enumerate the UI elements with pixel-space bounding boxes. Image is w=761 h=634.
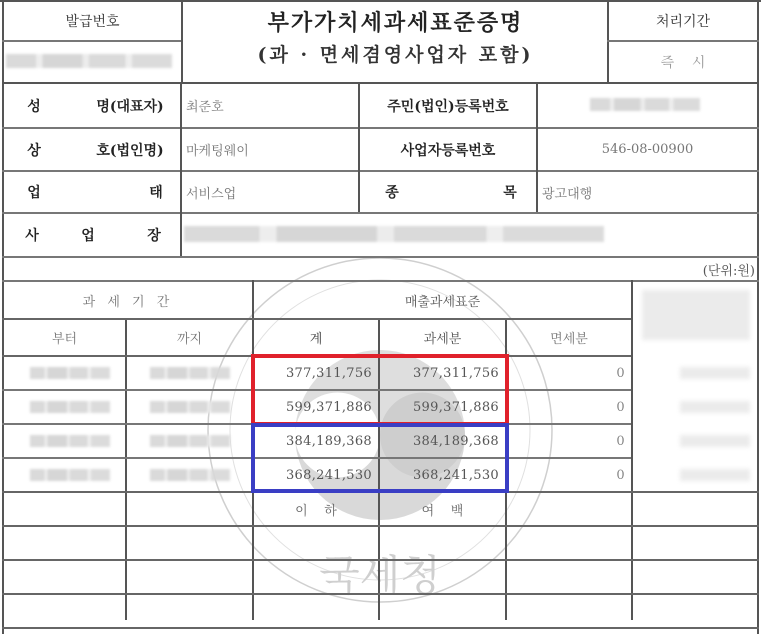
processing-period-label: 처리기간: [609, 2, 757, 40]
issue-number-label: 발급번호: [4, 2, 181, 40]
resident-no-label: 주민(법인)등록번호: [360, 84, 536, 127]
exempt-amount: 0: [507, 357, 631, 389]
name-value: 최준호: [186, 84, 356, 127]
trade-name-label-right: 호(법인명): [80, 129, 180, 170]
from-date-redacted: [30, 367, 110, 379]
divider: [2, 559, 759, 561]
biz-reg-no-value: 546-08-00900: [538, 129, 757, 170]
to-date-redacted: [150, 401, 230, 413]
address-label-2: 업: [78, 214, 98, 256]
document-subtitle: (과 · 면세겸영사업자 포함): [183, 40, 608, 67]
taxable-header: 과세분: [380, 320, 505, 355]
item-value: 광고대행: [542, 172, 742, 212]
extra-value-redacted: [680, 469, 750, 481]
divider: [2, 627, 759, 629]
extra-value-redacted: [680, 435, 750, 447]
processing-period-value: 즉 시: [609, 42, 757, 82]
item-label-left: 종: [382, 172, 402, 212]
to-date-redacted: [150, 367, 230, 379]
biz-type-label-right: 태: [146, 172, 166, 212]
from-date-redacted: [30, 401, 110, 413]
address-label-3: 장: [144, 214, 164, 256]
biz-reg-no-label: 사업자등록번호: [360, 129, 536, 170]
divider: [2, 40, 181, 42]
sales-tax-base-header: 매출과세표준: [254, 282, 631, 318]
blank-marker-right: 여 백: [380, 493, 505, 525]
to-date-redacted: [150, 469, 230, 481]
extra-value-redacted: [680, 367, 750, 379]
from-date-redacted: [30, 469, 110, 481]
biz-type-value: 서비스업: [186, 172, 356, 212]
document-title: 부가가치세과세표준증명: [183, 6, 608, 37]
divider: [180, 82, 182, 256]
tax-certificate-document: 국세청 발급번호 부가가치세과세표준증명 (과 · 면세겸영사업자 포함) 처리…: [0, 0, 761, 634]
name-label-left: 성: [24, 84, 44, 127]
address-value-redacted: [184, 226, 604, 242]
highlight-box-blue: [251, 423, 509, 493]
trade-name-value: 마케팅웨이: [186, 129, 356, 170]
unit-note: (단위:원): [600, 258, 755, 280]
trade-name-label-left: 상: [24, 129, 44, 170]
item-label-right: 목: [500, 172, 520, 212]
biz-type-label-left: 업: [24, 172, 44, 212]
to-date-redacted: [150, 435, 230, 447]
from-date-redacted: [30, 435, 110, 447]
to-header: 까지: [127, 320, 252, 355]
address-label-1: 사: [22, 214, 42, 256]
from-header: 부터: [4, 320, 125, 355]
name-label-right: 명(대표자): [80, 84, 180, 127]
divider: [631, 280, 633, 620]
issue-number-value-redacted: [6, 54, 172, 68]
period-header: 과 세 기 간: [4, 282, 252, 318]
exempt-amount: 0: [507, 425, 631, 457]
last-col-header-redacted: [642, 290, 750, 340]
exempt-amount: 0: [507, 391, 631, 423]
divider: [2, 212, 759, 214]
resident-no-value-redacted: [590, 98, 700, 111]
divider: [2, 525, 759, 527]
exempt-header: 면세분: [507, 320, 631, 355]
extra-value-redacted: [680, 401, 750, 413]
total-header: 계: [254, 320, 378, 355]
border-right: [757, 0, 759, 634]
highlight-box-red: [251, 354, 509, 426]
blank-marker-left: 이 하: [254, 493, 378, 525]
divider: [2, 593, 759, 595]
divider: [125, 318, 127, 620]
exempt-amount: 0: [507, 459, 631, 491]
